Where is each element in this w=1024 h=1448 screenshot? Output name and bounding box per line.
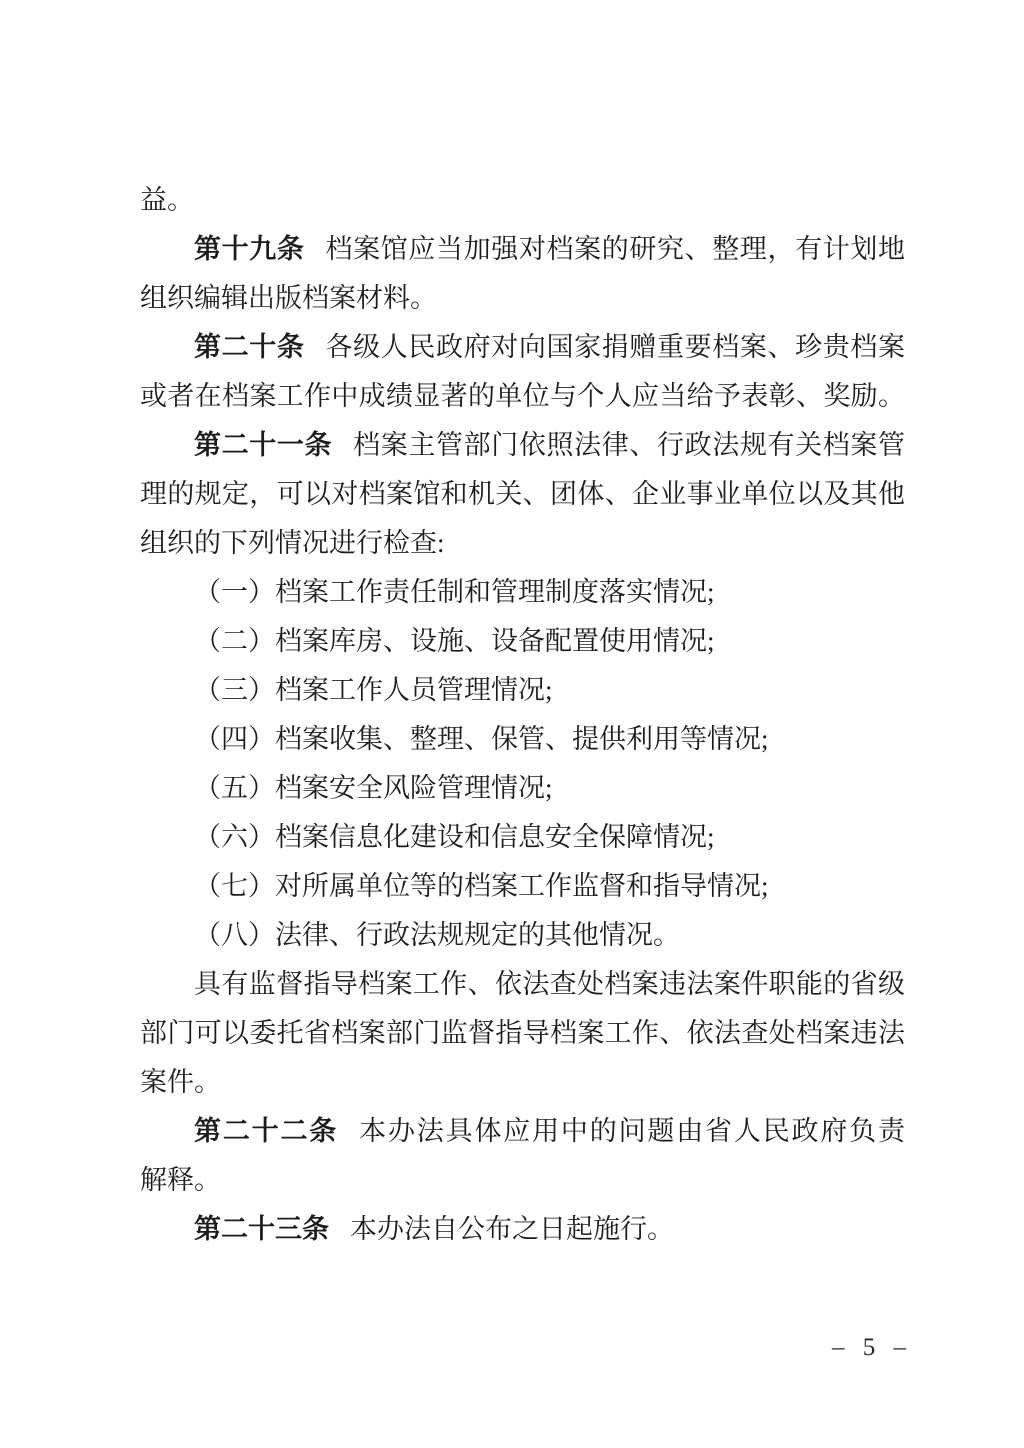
- clause-text: （三）档案工作人员管理情况;: [194, 675, 553, 705]
- article-23-number: 第二十三条: [194, 1214, 329, 1244]
- article-21-line3: 组织的下列情况进行检查:: [140, 519, 905, 568]
- article-19-text: 档案馆应当加强对档案的研究、整理，有计划地: [326, 234, 906, 264]
- clause-text: （八）法律、行政法规规定的其他情况。: [194, 920, 680, 950]
- text-line: 或者在档案工作中成绩显著的单位与个人应当给予表彰、奖励。: [140, 381, 905, 411]
- clause-item-5: （五）档案安全风险管理情况;: [140, 764, 905, 813]
- article-20-line2: 或者在档案工作中成绩显著的单位与个人应当给予表彰、奖励。: [140, 372, 905, 421]
- clause-item-1: （一）档案工作责任制和管理制度落实情况;: [140, 568, 905, 617]
- article-19-line2: 组织编辑出版档案材料。: [140, 274, 905, 323]
- page-number: – 5 –: [800, 1334, 940, 1362]
- article-21-line2: 理的规定，可以对档案馆和机关、团体、企业事业单位以及其他: [140, 470, 905, 519]
- article-19-line1: 第十九条档案馆应当加强对档案的研究、整理，有计划地: [140, 225, 905, 274]
- clause-item-6: （六）档案信息化建设和信息安全保障情况;: [140, 813, 905, 862]
- clause-item-4: （四）档案收集、整理、保管、提供利用等情况;: [140, 715, 905, 764]
- article-20-line1: 第二十条各级人民政府对向国家捐赠重要档案、珍贵档案: [140, 323, 905, 372]
- text-line: 组织编辑出版档案材料。: [140, 283, 437, 313]
- clause-text: （一）档案工作责任制和管理制度落实情况;: [194, 577, 715, 607]
- article-23-line: 第二十三条本办法自公布之日起施行。: [140, 1205, 905, 1254]
- text-line: 具有监督指导档案工作、依法查处档案违法案件职能的省级: [194, 969, 905, 999]
- text-line: 理的规定，可以对档案馆和机关、团体、企业事业单位以及其他: [140, 479, 905, 509]
- paragraph-continuation-yi: 益。: [140, 176, 905, 225]
- article-21-text: 档案主管部门依照法律、行政法规有关档案管: [353, 430, 905, 460]
- article-20-number: 第二十条: [194, 332, 305, 362]
- article-21-number: 第二十一条: [194, 430, 332, 460]
- text-line: 组织的下列情况进行检查:: [140, 528, 445, 558]
- supervision-para-line3: 案件。: [140, 1058, 905, 1107]
- text-line: 部门可以委托省档案部门监督指导档案工作、依法查处档案违法: [140, 1018, 905, 1048]
- text-line: 案件。: [140, 1067, 221, 1097]
- document-page: 益。 第十九条档案馆应当加强对档案的研究、整理，有计划地 组织编辑出版档案材料。…: [0, 0, 1024, 1448]
- article-22-line1: 第二十二条本办法具体应用中的问题由省人民政府负责: [140, 1107, 905, 1156]
- article-23-text: 本办法自公布之日起施行。: [350, 1214, 674, 1244]
- document-body: 益。 第十九条档案馆应当加强对档案的研究、整理，有计划地 组织编辑出版档案材料。…: [140, 176, 905, 1254]
- article-21-line1: 第二十一条档案主管部门依照法律、行政法规有关档案管: [140, 421, 905, 470]
- supervision-para-line2: 部门可以委托省档案部门监督指导档案工作、依法查处档案违法: [140, 1009, 905, 1058]
- text-line: 解释。: [140, 1165, 221, 1195]
- article-22-number: 第二十二条: [194, 1116, 338, 1146]
- clause-text: （四）档案收集、整理、保管、提供利用等情况;: [194, 724, 769, 754]
- clause-text: （七）对所属单位等的档案工作监督和指导情况;: [194, 871, 769, 901]
- clause-item-8: （八）法律、行政法规规定的其他情况。: [140, 911, 905, 960]
- supervision-para-line1: 具有监督指导档案工作、依法查处档案违法案件职能的省级: [140, 960, 905, 1009]
- article-22-line2: 解释。: [140, 1156, 905, 1205]
- clause-item-3: （三）档案工作人员管理情况;: [140, 666, 905, 715]
- clause-item-7: （七）对所属单位等的档案工作监督和指导情况;: [140, 862, 905, 911]
- article-22-text: 本办法具体应用中的问题由省人民政府负责: [359, 1116, 905, 1146]
- article-20-text: 各级人民政府对向国家捐赠重要档案、珍贵档案: [326, 332, 906, 362]
- clause-text: （五）档案安全风险管理情况;: [194, 773, 553, 803]
- article-19-number: 第十九条: [194, 234, 305, 264]
- clause-item-2: （二）档案库房、设施、设备配置使用情况;: [140, 617, 905, 666]
- text-line: 益。: [140, 185, 194, 215]
- clause-text: （六）档案信息化建设和信息安全保障情况;: [194, 822, 715, 852]
- clause-text: （二）档案库房、设施、设备配置使用情况;: [194, 626, 715, 656]
